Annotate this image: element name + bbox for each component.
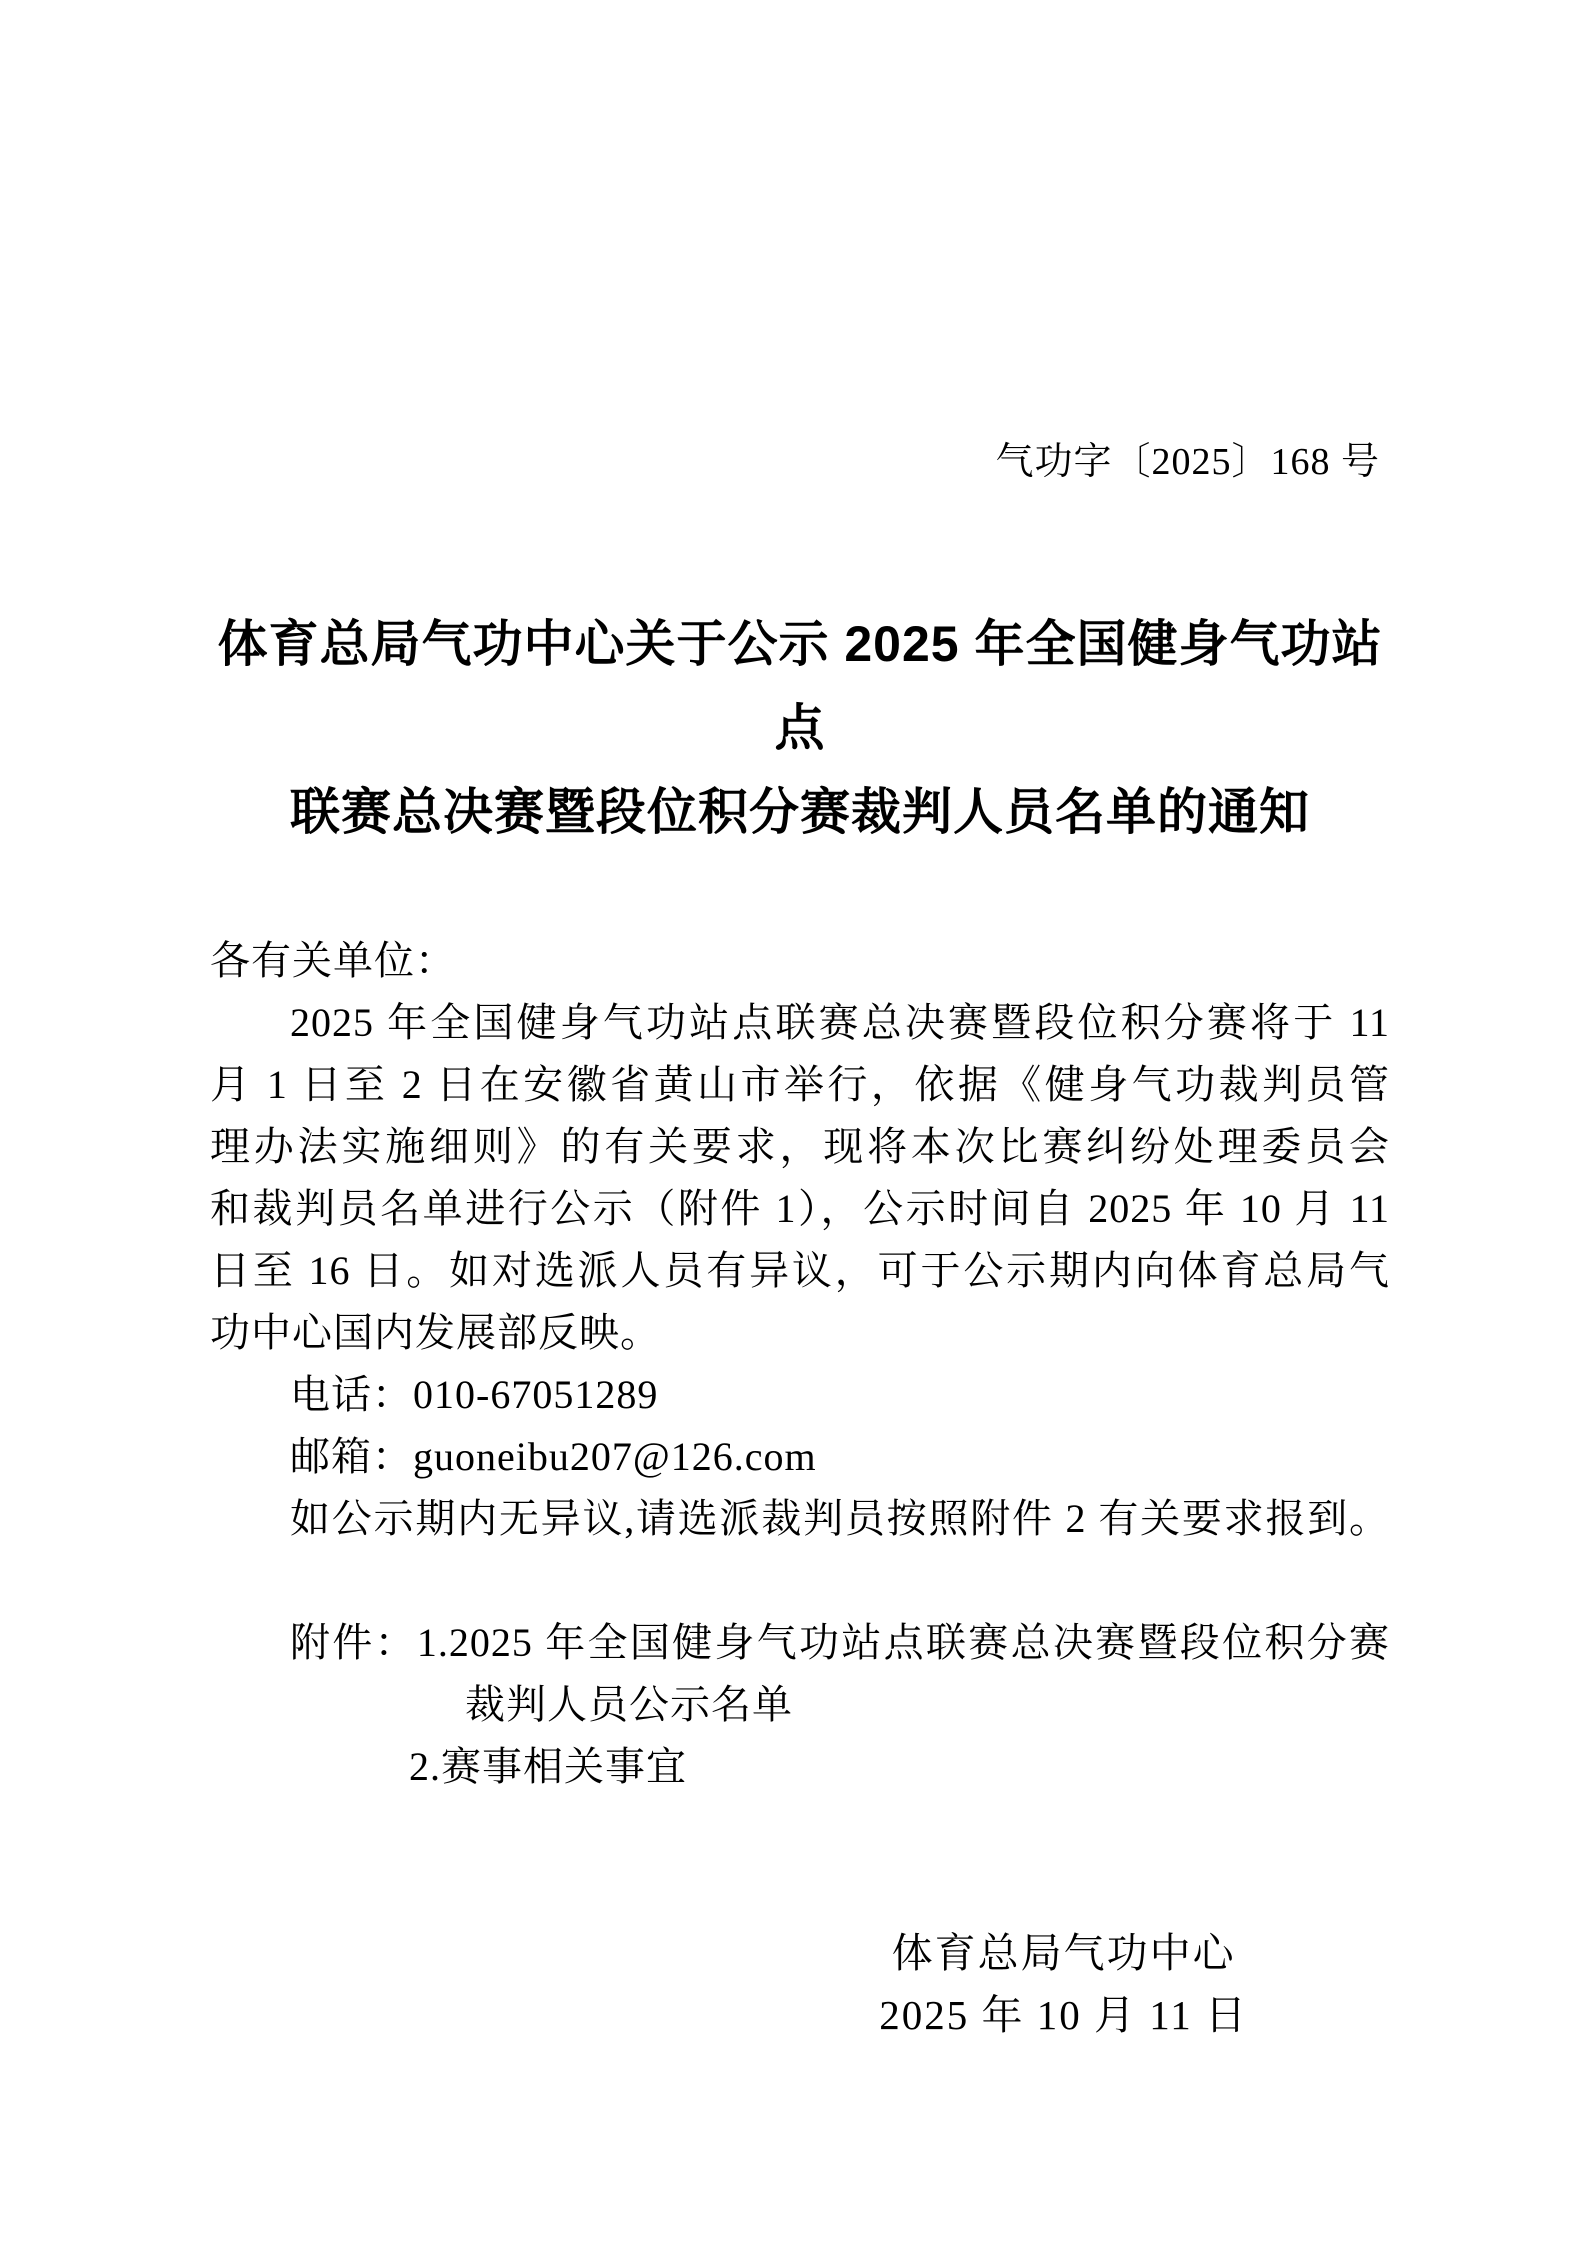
blank-line <box>210 1550 1390 1612</box>
signature-org: 体育总局气功中心 <box>879 1922 1248 1984</box>
document-title: 体育总局气功中心关于公示 2025 年全国健身气功站点 联赛总决赛暨段位积分赛裁… <box>210 602 1390 854</box>
blank-line <box>210 1798 1390 1860</box>
title-line-1: 体育总局气功中心关于公示 2025 年全国健身气功站点 <box>210 602 1390 770</box>
notice-line: 如公示期内无异议,请选派裁判员按照附件 2 有关要求报到。 <box>210 1488 1390 1550</box>
attachment-line-1: 附件：1.2025 年全国健身气功站点联赛总决赛暨段位积分赛 <box>210 1612 1390 1674</box>
document-body: 各有关单位： 2025 年全国健身气功站点联赛总决赛暨段位积分赛将于 11 月 … <box>210 930 1390 2046</box>
email-line: 邮箱：guoneibu207@126.com <box>210 1426 1390 1488</box>
signature-block: 体育总局气功中心 2025 年 10 月 11 日 <box>879 1922 1248 2046</box>
phone-line: 电话：010-67051289 <box>210 1364 1390 1426</box>
attachment-line-3: 2.赛事相关事宜 <box>210 1736 1390 1798</box>
para-line-4: 和裁判员名单进行公示（附件 1），公示时间自 2025 年 10 月 11 <box>210 1178 1390 1240</box>
title-line-2: 联赛总决赛暨段位积分赛裁判人员名单的通知 <box>210 770 1390 854</box>
document-page: 气功字〔2025〕168 号 体育总局气功中心关于公示 2025 年全国健身气功… <box>0 0 1588 2245</box>
signature-date: 2025 年 10 月 11 日 <box>879 1984 1248 2046</box>
blank-line <box>210 1860 1390 1922</box>
para-line-5: 日至 16 日。如对选派人员有异议，可于公示期内向体育总局气 <box>210 1240 1390 1302</box>
doc-number: 气功字〔2025〕168 号 <box>210 438 1390 486</box>
attachment-line-2: 裁判人员公示名单 <box>210 1674 1390 1736</box>
para-line-1: 2025 年全国健身气功站点联赛总决赛暨段位积分赛将于 11 <box>210 992 1390 1054</box>
para-line-2: 月 1 日至 2 日在安徽省黄山市举行，依据《健身气功裁判员管 <box>210 1054 1390 1116</box>
salutation: 各有关单位： <box>210 930 1390 992</box>
para-line-3: 理办法实施细则》的有关要求，现将本次比赛纠纷处理委员会 <box>210 1116 1390 1178</box>
para-line-6: 功中心国内发展部反映。 <box>210 1302 1390 1364</box>
